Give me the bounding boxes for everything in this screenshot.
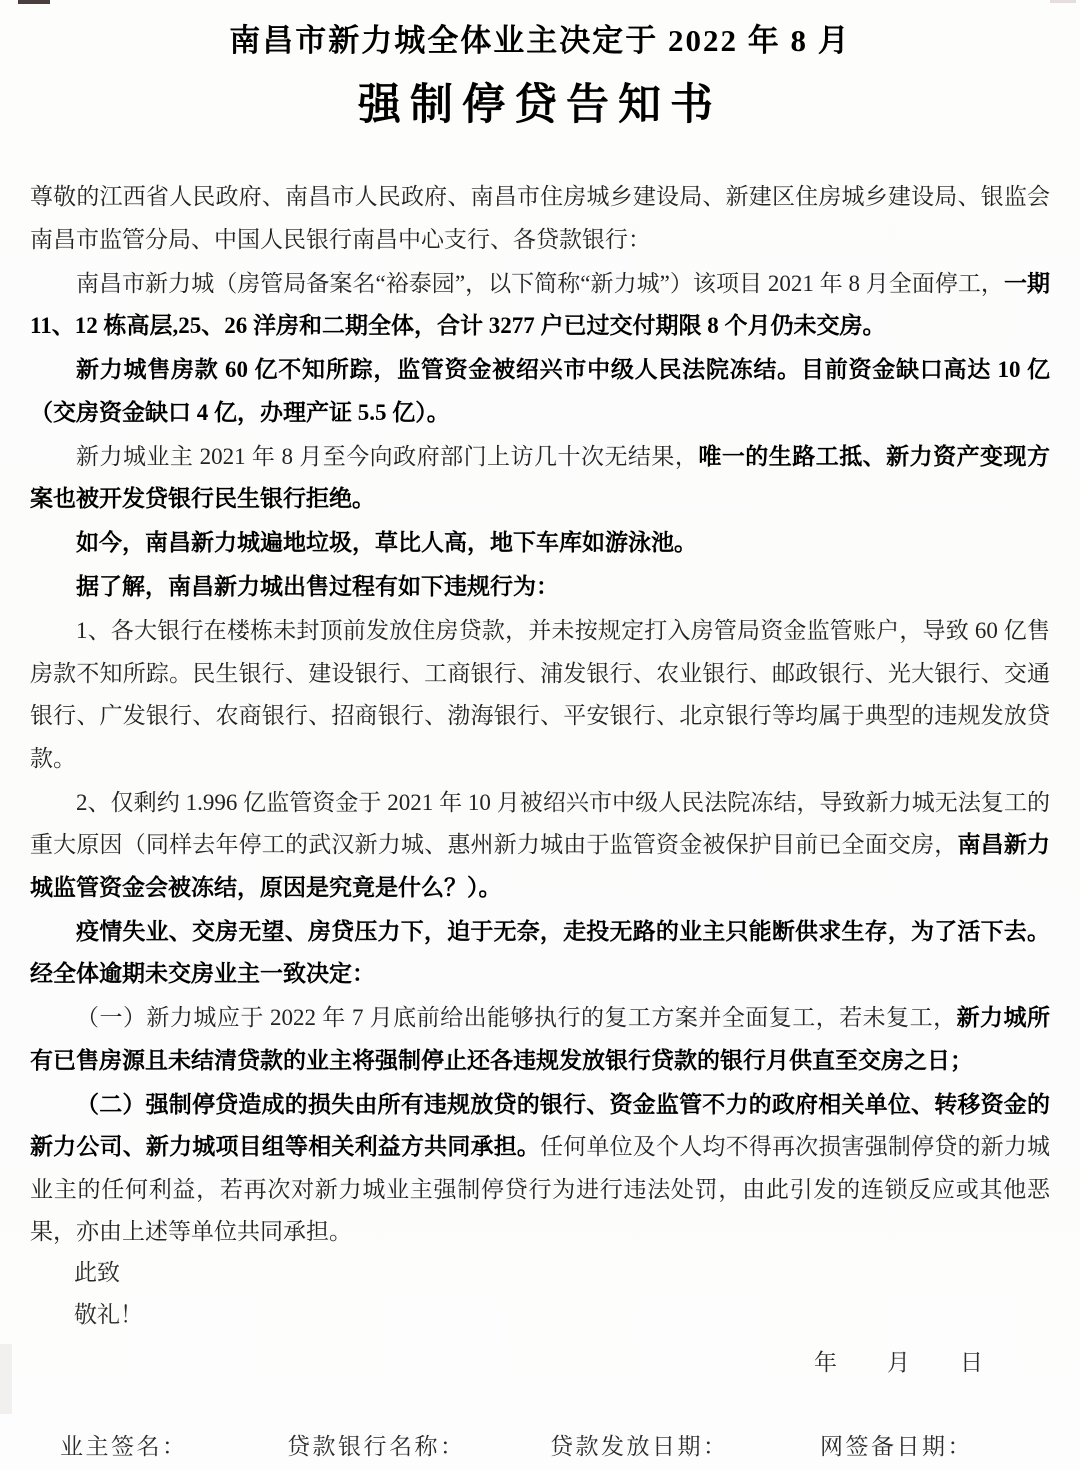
owner-signature-label: 业主签名：	[60, 1428, 188, 1461]
online-sign-record-date-label: 网签备日期：	[820, 1428, 973, 1461]
document-body: 尊敬的江西省人民政府、南昌市人民政府、南昌市住房城乡建设局、新建区住房城乡建设局…	[30, 176, 1050, 1255]
text-run: （一）新力城应于 2022 年 7 月底前给出能够执行的复工方案并全面复工，若未…	[76, 1005, 957, 1030]
loan-bank-name-label: 贷款银行名称：	[287, 1428, 466, 1461]
text-run: 如今，南昌新力城遍地垃圾，草比人高，地下车库如游泳池。	[76, 530, 697, 555]
paragraph: 如今，南昌新力城遍地垃圾，草比人高，地下车库如游泳池。	[30, 522, 1050, 565]
paragraph: 据了解，南昌新力城出售过程有如下违规行为：	[30, 566, 1050, 609]
paragraph: （一）新力城应于 2022 年 7 月底前给出能够执行的复工方案并全面复工，若未…	[30, 997, 1050, 1082]
paragraph: 新力城售房款 60 亿不知所踪，监管资金被绍兴市中级人民法院冻结。目前资金缺口高…	[30, 349, 1050, 434]
text-run: 新力城业主 2021 年 8 月至今向政府部门上访几十次无结果，	[76, 444, 698, 469]
scan-artifact-right	[1050, 0, 1076, 3]
text-run: 2、仅剩约 1.996 亿监管资金于 2021 年 10 月被绍兴市中级人民法院…	[30, 790, 1050, 858]
text-run: 1、各大银行在楼栋未封顶前发放住房贷款，并未按规定打入房管局资金监管账户，导致 …	[30, 618, 1050, 771]
text-run: 南昌市新力城（房管局备案名“裕泰园”，以下简称“新力城”）该项目 2021 年 …	[76, 271, 1004, 296]
paragraph: 疫情失业、交房无望、房贷压力下，迫于无奈，走投无路的业主只能断供求生存，为了活下…	[30, 911, 1050, 996]
text-run: 据了解，南昌新力城出售过程有如下违规行为：	[76, 574, 559, 599]
date-day-label: 日	[960, 1344, 983, 1377]
date-month-label: 月	[887, 1344, 910, 1377]
loan-issue-date-label: 贷款发放日期：	[550, 1428, 729, 1461]
scan-artifact-left	[18, 0, 50, 4]
paragraph: 1、各大银行在楼栋未封顶前发放住房贷款，并未按规定打入房管局资金监管账户，导致 …	[30, 610, 1050, 780]
paragraph: 2、仅剩约 1.996 亿监管资金于 2021 年 10 月被绍兴市中级人民法院…	[30, 782, 1050, 910]
text-run: 新力城售房款 60 亿不知所踪，监管资金被绍兴市中级人民法院冻结。目前资金缺口高…	[30, 357, 1050, 425]
scanned-notice-page: 南昌市新力城全体业主决定于 2022 年 8 月 强制停贷告知书 尊敬的江西省人…	[0, 0, 1080, 1470]
document-header: 南昌市新力城全体业主决定于 2022 年 8 月 强制停贷告知书	[0, 18, 1080, 136]
document-title-line2: 强制停贷告知书	[0, 76, 1080, 136]
date-line: 年 月 日	[814, 1344, 983, 1377]
paragraph: （二）强制停贷造成的损失由所有违规放贷的银行、资金监管不力的政府相关单位、转移资…	[30, 1084, 1050, 1254]
paragraph: 尊敬的江西省人民政府、南昌市人民政府、南昌市住房城乡建设局、新建区住房城乡建设局…	[30, 176, 1050, 261]
scan-smudge	[0, 1344, 12, 1414]
closing-regards: 敬礼！	[74, 1294, 143, 1336]
document-title-line1: 南昌市新力城全体业主决定于 2022 年 8 月	[0, 18, 1080, 64]
signature-row: 业主签名： 贷款银行名称： 贷款发放日期： 网签备日期：	[0, 1428, 1080, 1462]
text-run: 疫情失业、交房无望、房贷压力下，迫于无奈，走投无路的业主只能断供求生存，为了活下…	[30, 919, 1050, 987]
paragraph: 南昌市新力城（房管局备案名“裕泰园”，以下简称“新力城”）该项目 2021 年 …	[30, 263, 1050, 348]
closing-salute: 此致	[74, 1252, 143, 1294]
closing-block: 此致 敬礼！	[74, 1252, 143, 1336]
date-year-label: 年	[814, 1344, 837, 1377]
paragraph: 新力城业主 2021 年 8 月至今向政府部门上访几十次无结果，唯一的生路工抵、…	[30, 436, 1050, 521]
text-run: 尊敬的江西省人民政府、南昌市人民政府、南昌市住房城乡建设局、新建区住房城乡建设局…	[30, 184, 1050, 252]
